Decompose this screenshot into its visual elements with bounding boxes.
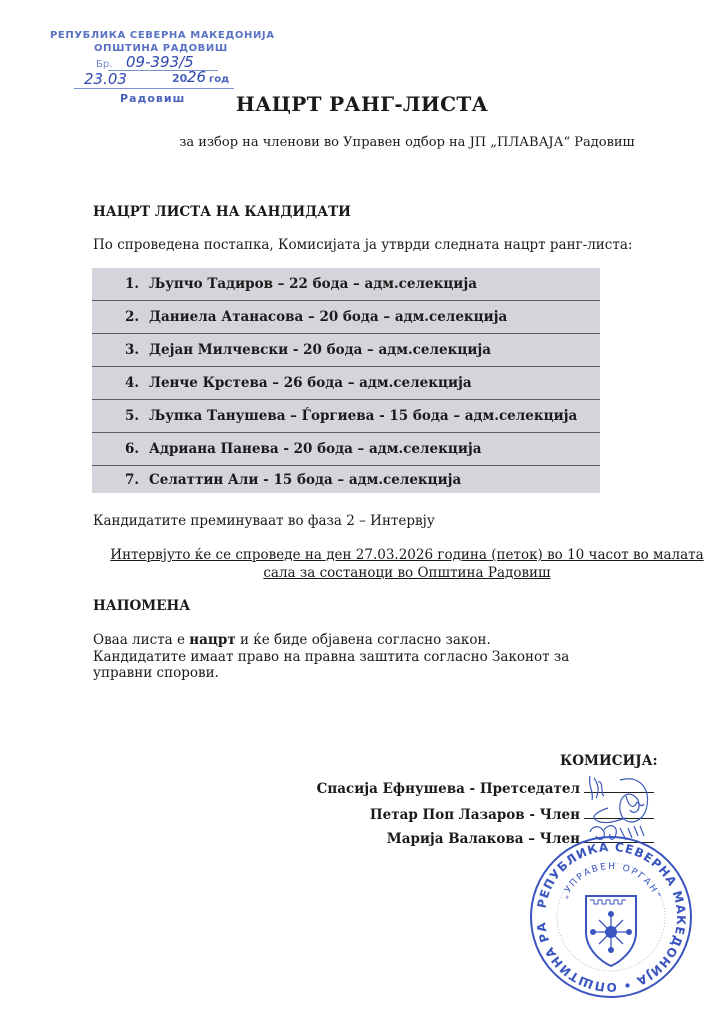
item-text: Љупчо Тадиров – 22 бода – адм.селекција [149, 276, 477, 292]
stamp-number-value: 09-393/5 [126, 53, 194, 71]
list-item: 6.Адриана Панева - 20 бода – адм.селекци… [92, 433, 600, 466]
stamp-year-label: год [209, 74, 229, 85]
coat-of-arms-icon [586, 896, 636, 966]
item-number: 2. [125, 309, 149, 325]
item-text: Даниела Атанасова – 20 бода – адм.селекц… [149, 309, 507, 325]
item-number: 7. [125, 472, 149, 488]
list-item: 3.Дејан Милчевски - 20 бода – адм.селекц… [92, 334, 600, 367]
note-heading: НАПОМЕНА [93, 598, 190, 614]
candidate-list: 1.Љупчо Тадиров – 22 бода – адм.селекциј… [92, 268, 600, 493]
stamp-number-label: Бр. [96, 59, 112, 70]
note-body: Оваа листа е нацрт и ќе биде објавена со… [93, 632, 613, 682]
interview-notice: Интервјуто ќе се спроведе на ден 27.03.2… [0, 546, 724, 582]
item-number: 5. [125, 408, 149, 424]
note-line-2: Кандидатите имаат право на правна заштит… [93, 649, 613, 682]
list-item: 7.Селаттин Али - 15 бода – адм.селекција [92, 466, 600, 493]
stamp-divider [74, 88, 234, 89]
phase-text: Кандидатите преминуваат во фаза 2 – Инте… [93, 513, 435, 529]
document-title: НАЦРТ РАНГ-ЛИСТА [0, 92, 724, 116]
official-seal: РЕПУБЛИКА СЕВЕРНА МАКЕДОНИЈА • ОПШТИНА Р… [526, 832, 696, 1002]
draft-emphasis: нацрт [189, 632, 235, 648]
item-number: 4. [125, 375, 149, 391]
commission-heading: КОМИСИЈА: [560, 753, 658, 769]
list-item: 1.Љупчо Тадиров – 22 бода – адм.селекциј… [92, 268, 600, 301]
interview-line-2: сала за состаноци во Општина Радовиш [90, 564, 724, 582]
candidates-heading: НАЦРТ ЛИСТА НА КАНДИДАТИ [93, 204, 351, 220]
item-text: Ленче Крстева – 26 бода – адм.селекција [149, 375, 472, 391]
stamp-year-suffix: 26 [187, 68, 206, 86]
item-text: Адриана Панева - 20 бода – адм.селекција [149, 441, 481, 457]
note-line-1: Оваа листа е нацрт и ќе биде објавена со… [93, 632, 613, 649]
item-text: Љупка Танушева – Ѓоргиева - 15 бода – ад… [149, 408, 577, 424]
interview-line-1: Интервјуто ќе се спроведе на ден 27.03.2… [90, 546, 724, 564]
item-number: 1. [125, 276, 149, 292]
document-subtitle: за избор на членови во Управен одбор на … [0, 135, 724, 150]
list-item: 5.Љупка Танушева – Ѓоргиева - 15 бода – … [92, 400, 600, 433]
item-number: 6. [125, 441, 149, 457]
list-item: 4.Ленче Крстева – 26 бода – адм.селекциј… [92, 367, 600, 400]
stamp-year-prefix: 20 [172, 72, 187, 85]
intro-text: По спроведена постапка, Комисијата ја ут… [93, 237, 632, 253]
stamp-date-value: 23.03 [84, 70, 127, 88]
stamp-republic-text: РЕПУБЛИКА СЕВЕРНА МАКЕДОНИЈА [50, 30, 275, 41]
list-item: 2.Даниела Атанасова – 20 бода – адм.селе… [92, 301, 600, 334]
item-text: Дејан Милчевски - 20 бода – адм.селекциј… [149, 342, 491, 358]
item-text: Селаттин Али - 15 бода – адм.селекција [149, 472, 461, 488]
item-number: 3. [125, 342, 149, 358]
